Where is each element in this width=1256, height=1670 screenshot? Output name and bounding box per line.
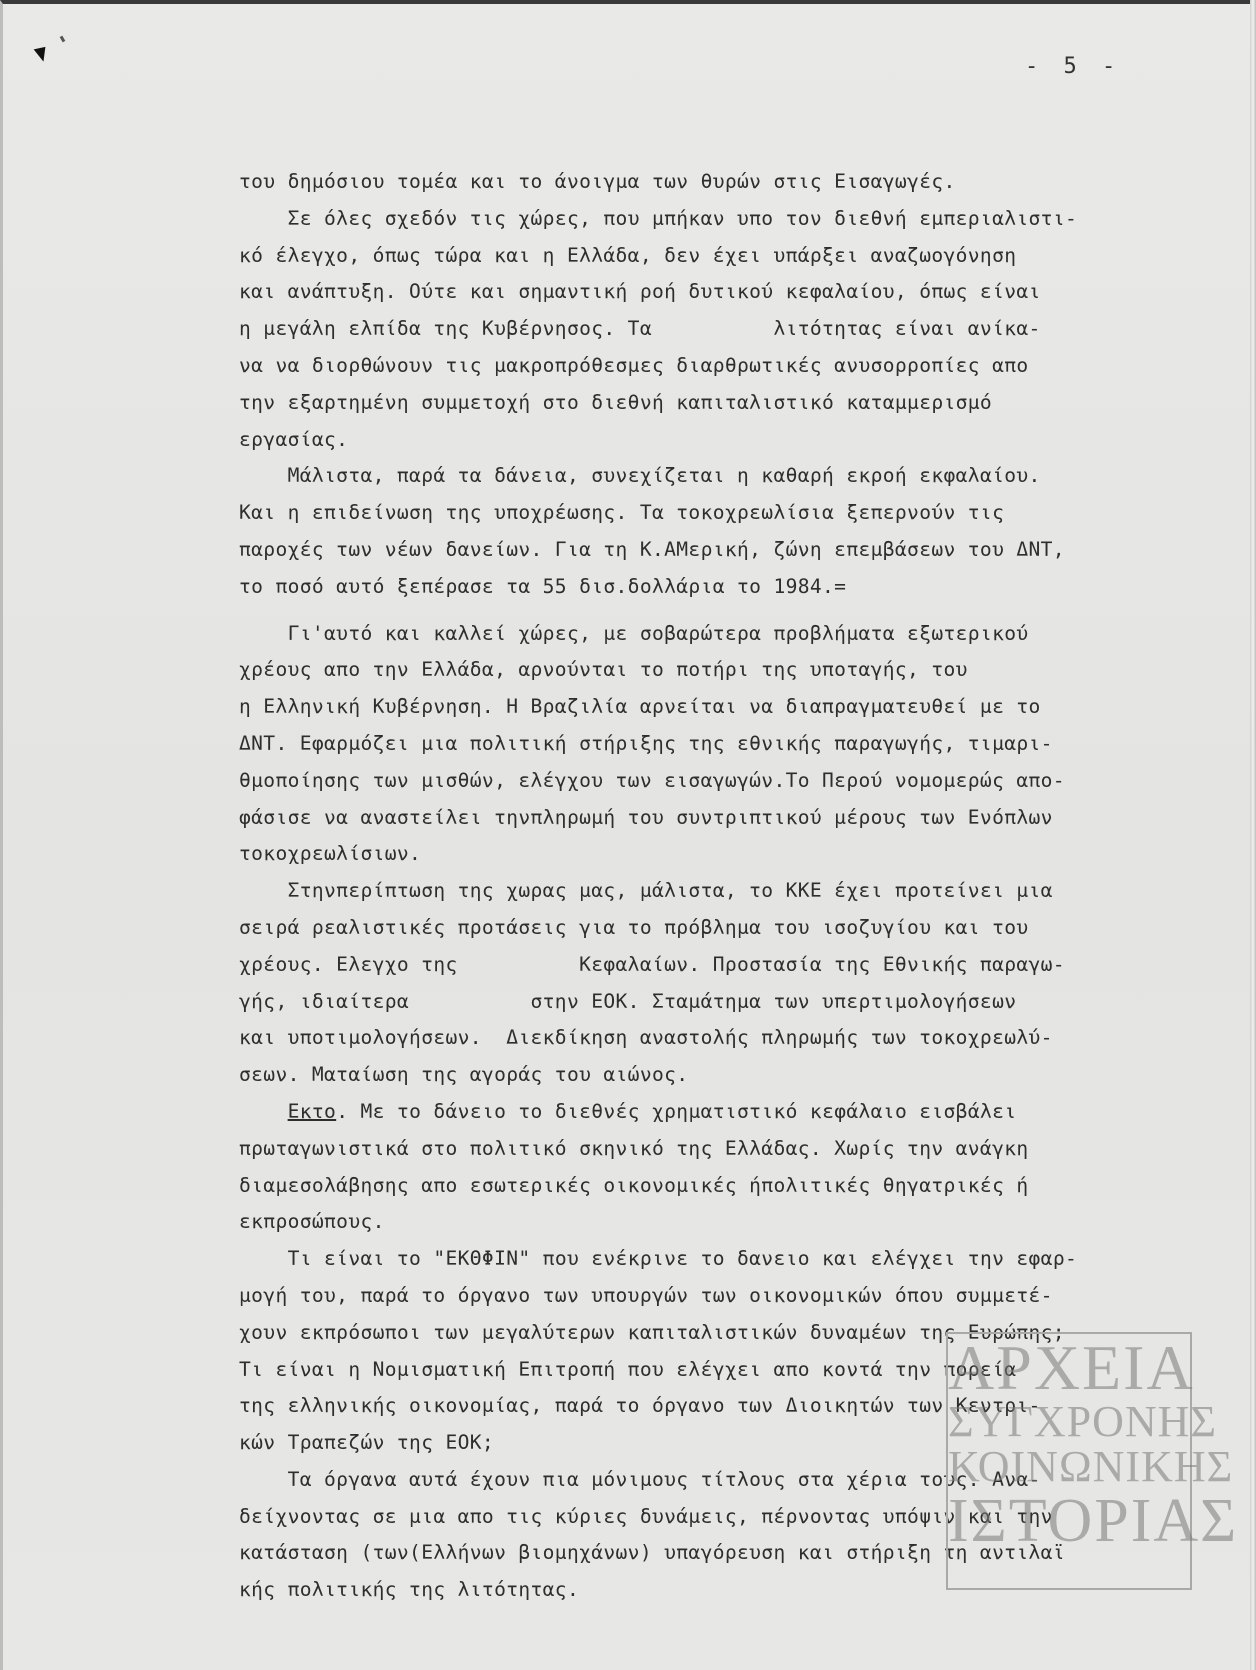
text-line: Και η επιδείνωση της υποχρέωσης. Τα τοκο… xyxy=(239,495,1249,532)
text-line: χρέους απο την Ελλάδα, αρνούνται το ποτή… xyxy=(239,652,1249,689)
text-line: μογή του, παρά το όργανο των υπουργών τω… xyxy=(239,1278,1249,1315)
text-line: παροχές των νέων δανείων. Για τη Κ.ΑΜερι… xyxy=(239,532,1249,569)
text-line: Μάλιστα, παρά τα δάνεια, συνεχίζεται η κ… xyxy=(239,458,1249,495)
corner-scan-mark xyxy=(34,47,49,63)
text-line: Γι'αυτό και καλλεί χώρες, με σοβαρώτερα … xyxy=(239,616,1249,653)
text-line: χουν εκπρόσωποι των μεγαλύτερων καπιταλι… xyxy=(239,1315,1249,1352)
text-line: Στηνπερίπτωση της χωρας μας, μάλιστα, το… xyxy=(239,873,1249,910)
text-line: την εξαρτημένη συμμετοχή στο διεθνή καπι… xyxy=(239,385,1249,422)
text-line: Τα όργανα αυτά έχουν πια μόνιμους τίτλου… xyxy=(239,1462,1249,1499)
text-line: σειρά ρεαλιστικές προτάσεις για το πρόβλ… xyxy=(239,910,1249,947)
text-line: δείχνοντας σε μια απο τις κύριες δυνάμει… xyxy=(239,1499,1249,1536)
text-line: εκπροσώπους. xyxy=(239,1204,1249,1241)
text-line: κατάσταση (των(Ελλήνων βιομηχάνων) υπαγό… xyxy=(239,1535,1249,1572)
text-line: Τι είναι η Νομισματική Επιτροπή που ελέγ… xyxy=(239,1352,1249,1389)
text-line: θμοποίησης των μισθών, ελέγχου των εισαγ… xyxy=(239,763,1249,800)
text-line: σεων. Ματαίωση της αγοράς του αιώνος. xyxy=(239,1057,1249,1094)
page-edge xyxy=(1250,0,1256,1670)
text-line: γής, ιδιαίτερα στην ΕΟΚ. Σταμάτημα των υ… xyxy=(239,984,1249,1021)
text-line: και ανάπτυξη. Ούτε και σημαντική ροή δυτ… xyxy=(239,274,1249,311)
text-line: τοκοχρεωλίσιων. xyxy=(239,836,1249,873)
text-line: κών Τραπεζών της ΕΟΚ; xyxy=(239,1425,1249,1462)
text-line: ΔΝΤ. Εφαρμόζει μια πολιτική στήριξης της… xyxy=(239,726,1249,763)
page-number: - 5 - xyxy=(1025,54,1121,79)
text-line: πρωταγωνιστικά στο πολιτικό σκηνικό της … xyxy=(239,1131,1249,1168)
text-line: φάσισε να αναστείλει τηνπληρωμή του συντ… xyxy=(239,800,1249,837)
text-line: Τι είναι το "ΕΚΘΦΙΝ" που ενέκρινε το δαν… xyxy=(239,1241,1249,1278)
text-line: κό έλεγχο, όπως τώρα και η Ελλάδα, δεν έ… xyxy=(239,238,1249,275)
blank-line xyxy=(239,606,1249,616)
text-line: και υποτιμολογήσεων. Διεκδίκηση αναστολή… xyxy=(239,1020,1249,1057)
text-line: της ελληνικής οικονομίας, παρά το όργανο… xyxy=(239,1388,1249,1425)
text-line: διαμεσολάβησης απο εσωτερικές οικονομικέ… xyxy=(239,1168,1249,1205)
corner-scan-tick xyxy=(60,36,66,43)
document-page: - 5 - του δημόσιου τομέα και το άνοιγμα … xyxy=(0,0,1250,1670)
text-line: η μεγάλη ελπίδα της Κυβέρνησος. Τα λιτότ… xyxy=(239,311,1249,348)
text-line: Σε όλες σχεδόν τις χώρες, που μπήκαν υπο… xyxy=(239,201,1249,238)
text-line: εργασίας. xyxy=(239,422,1249,459)
document-body: του δημόσιου τομέα και το άνοιγμα των θυ… xyxy=(239,164,1249,1609)
underlined-heading-word: Εκτο xyxy=(288,1100,337,1123)
text-line: κής πολιτικής της λιτότητας. xyxy=(239,1572,1249,1609)
text-line: Εκτο. Με το δάνειο το διεθνές χρηματιστι… xyxy=(239,1094,1249,1131)
text-line: η Ελληνική Κυβέρνηση. Η Βραζιλία αρνείτα… xyxy=(239,689,1249,726)
text-line: του δημόσιου τομέα και το άνοιγμα των θυ… xyxy=(239,164,1249,201)
text-line: να να διορθώνουν τις μακροπρόθεσμες διαρ… xyxy=(239,348,1249,385)
text-line: το ποσό αυτό ξεπέρασε τα 55 δισ.δολλάρια… xyxy=(239,569,1249,606)
text-line: χρέους. Ελεγχο της Κεφαλαίων. Προστασία … xyxy=(239,947,1249,984)
